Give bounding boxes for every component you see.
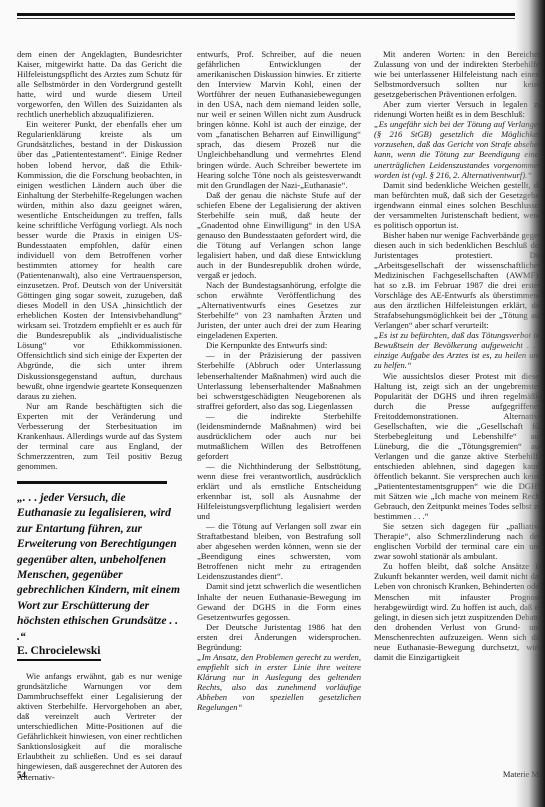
paragraph: Ein weiterer Punkt, der ebenfalls eher u… <box>17 119 182 400</box>
column-2: entwurfs, Prof. Schreiber, auf die neuen… <box>197 49 361 712</box>
list-item: — in der Präzisierung der passiven Sterb… <box>197 350 361 410</box>
list-item: — die Nichthinderung der Selbsttötung, w… <box>197 461 361 521</box>
pull-quote: „. . . jeder Versuch, die Euthanasie zu … <box>17 490 182 644</box>
list-item: — die Tötung auf Verlangen soll zwar ein… <box>197 521 361 581</box>
paragraph: Wie anfangs erwähnt, gab es nur wenige g… <box>17 671 182 782</box>
page-number: 54 <box>17 770 26 780</box>
book-spine-shadow <box>515 0 545 807</box>
paragraph: Daß der genau die nächste Stufe auf der … <box>197 190 361 280</box>
paragraph: entwurfs, Prof. Schreiber, auf die neuen… <box>197 49 361 190</box>
header-rule-thick <box>17 13 515 16</box>
pull-quote-rule <box>17 481 167 490</box>
pull-quote-author: E. Chrocielewski <box>17 644 101 661</box>
paragraph: Nur am Rande beschäftigten sich die Expe… <box>17 401 182 471</box>
list-item: — die indirekte Sterbehilfe (leidensmind… <box>197 411 361 461</box>
header-rule-thin <box>17 18 515 19</box>
paragraph: Damit sind jetzt schwerlich die wesentli… <box>197 581 361 621</box>
list-intro: Die Kernpunkte des Entwurfs sind: <box>197 340 361 350</box>
paragraph: dem einen der Angeklagten, Bundesrichter… <box>17 49 182 119</box>
paragraph: Nach der Bundestagsanhörung, erfolgte di… <box>197 280 361 340</box>
paragraph: Der Deutsche Juristentag 1986 hat den er… <box>197 622 361 652</box>
magazine-page: dem einen der Angeklagten, Bundesrichter… <box>0 0 545 807</box>
column-1: dem einen der Angeklagten, Bundesrichter… <box>17 49 182 782</box>
quote-block: „Im Ansatz, den Problemen gerecht zu wer… <box>197 652 361 712</box>
